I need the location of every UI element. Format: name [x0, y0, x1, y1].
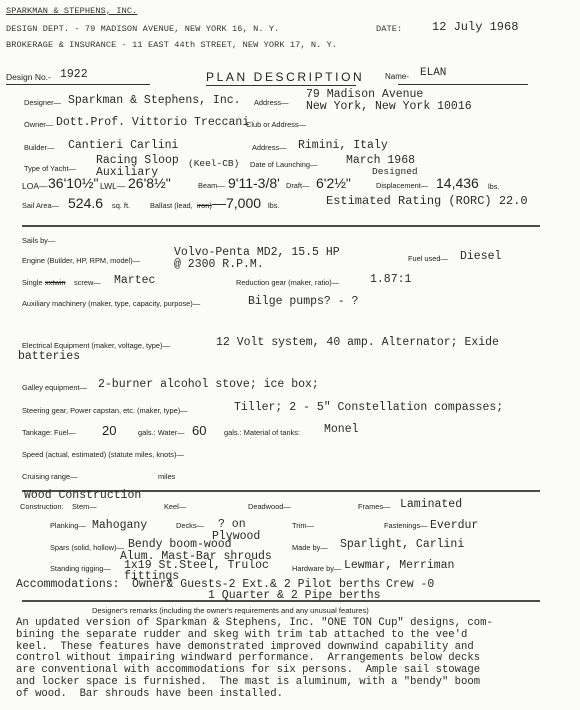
tankage-label: Tankage: Fuel—	[22, 428, 76, 437]
keel-label: Keel—	[164, 502, 186, 511]
reduction-gear-value: 1.87:1	[370, 273, 411, 286]
sail-area-label: Sail Area—	[22, 201, 59, 210]
deadwood-label: Deadwood—	[248, 502, 291, 511]
section-divider-3	[22, 600, 540, 602]
sail-area-value: 524.6	[68, 195, 103, 211]
owner-label: Owner—	[24, 120, 53, 129]
company-name: SPARKMAN & STEPHENS, INC.	[6, 6, 137, 16]
design-no-label: Design No.-	[6, 72, 51, 82]
electrical-value: 12 Volt system, 40 amp. Alternator; Exid…	[216, 336, 499, 349]
displacement-value: 14,436	[436, 175, 479, 191]
draft-label: Draft—	[286, 181, 309, 190]
water-tank-value: 60	[192, 423, 206, 438]
screw-value: Martec	[114, 274, 155, 287]
decks-label: Decks—	[176, 521, 204, 530]
construction-heading: Wood Construction	[24, 489, 141, 502]
yacht-type-extra: (Keel-CB)	[188, 158, 239, 169]
fastenings-value: Everdur	[430, 519, 478, 532]
name-underline	[398, 84, 528, 85]
sails-by-label: Sails by—	[22, 236, 55, 245]
designer-value: Sparkman & Stephens, Inc.	[68, 94, 241, 107]
construction-label: Construction:	[20, 502, 64, 511]
ballast-value: —7,000	[212, 195, 261, 211]
designer-address-label: Address—	[254, 98, 289, 107]
fuel-tank-value: 20	[102, 423, 116, 438]
date-label: DATE:	[376, 24, 402, 34]
speed-label: Speed (actual, estimated) (statute miles…	[22, 450, 184, 459]
ballast-unit: lbs.	[268, 201, 280, 210]
design-no-underline	[6, 84, 150, 85]
page-title: PLAN DESCRIPTION	[206, 70, 364, 84]
club-label: Club or Address—	[246, 120, 306, 129]
galley-label: Galley equipment—	[22, 383, 87, 392]
planking-label: Planking—	[50, 521, 86, 530]
frames-label: Frames—	[358, 502, 390, 511]
screw-struck: xxtwin	[45, 278, 66, 287]
electrical-label: Electrical Equipment (maker, voltage, ty…	[22, 341, 170, 350]
tank-material-value: Monel	[324, 423, 359, 436]
standing-rigging-label: Standing rigging—	[50, 564, 111, 573]
builder-value: Cantieri Carlini	[68, 139, 178, 152]
beam-value: 9'11-3/8'	[228, 175, 280, 191]
remarks-line: of wood. Bar shrouds have been installed…	[16, 689, 493, 701]
designer-address-line2: New York, New York 10016	[306, 100, 472, 113]
builder-address-label: Address—	[252, 143, 287, 152]
loa-label: LOA—	[22, 181, 48, 191]
screw-label: Single	[22, 278, 43, 287]
launch-date-label: Date of Launching—	[250, 160, 317, 169]
fuel-used-label: Fuel used—	[408, 254, 448, 263]
planking-value: Mahogany	[92, 519, 147, 532]
lwl-value: 26'8½"	[128, 175, 171, 191]
steering-value: Tiller; 2 - 5" Constellation compasses;	[234, 401, 503, 414]
lwl-label: LWL—	[100, 181, 125, 191]
title-underline	[206, 85, 356, 86]
tank-material-label: gals.: Material of tanks:	[224, 428, 300, 437]
galley-value: 2-burner alcohol stove; ice box;	[98, 378, 319, 391]
electrical-value-cont: batteries	[18, 350, 80, 363]
aux-machinery-label: Auxiliary machinery (maker, type, capaci…	[22, 299, 200, 308]
made-by-value: Sparlight, Carlini	[340, 538, 464, 551]
fastenings-label: Fastenings—	[384, 521, 428, 530]
sail-area-unit: sq. ft.	[112, 201, 130, 210]
design-no-value: 1922	[60, 68, 88, 81]
date-value: 12 July 1968	[432, 20, 518, 34]
frames-value: Laminated	[400, 498, 462, 511]
loa-value: 36'10½"	[48, 175, 98, 191]
estimated-rating: Estimated Rating (RORC) 22.0	[326, 194, 528, 208]
fuel-used-value: Diesel	[460, 250, 501, 263]
name-label: Name-	[385, 72, 409, 81]
yacht-type-label: Type of Yacht—	[24, 164, 76, 173]
miles-label: miles	[158, 472, 175, 481]
section-divider-1	[22, 225, 540, 227]
designer-label: Designer—	[24, 98, 61, 107]
ballast-struck: iron)	[197, 201, 212, 210]
screw-label-post: screw—	[74, 278, 101, 287]
made-by-label: Made by—	[292, 543, 328, 552]
hardware-label: Hardware by—	[292, 564, 341, 573]
trim-label: Trim—	[292, 521, 314, 530]
builder-label: Builder—	[24, 143, 54, 152]
accommodations-label: Accommodations:	[16, 578, 120, 591]
name-value: ELAN	[420, 67, 446, 79]
displacement-unit: lbs.	[488, 182, 500, 191]
reduction-gear-label: Reduction gear (maker, ratio)—	[236, 278, 339, 287]
draft-value: 6'2½"	[316, 175, 351, 191]
aux-machinery-value: Bilge pumps? - ?	[248, 295, 358, 308]
engine-value-rpm: @ 2300 R.P.M.	[174, 258, 264, 271]
water-label: gals.: Water—	[138, 428, 185, 437]
remarks-line: bining the separate rudder and skeg with…	[16, 630, 493, 642]
steering-label: Steering gear, Power capstan, etc. (make…	[22, 406, 188, 415]
remarks-line: and locker space is furnished. The mast …	[16, 677, 493, 689]
hardware-value: Lewmar, Merriman	[344, 559, 454, 572]
brokerage-address: BROKERAGE & INSURANCE - 11 EAST 44th STR…	[6, 40, 337, 50]
cruising-range-label: Cruising range—	[22, 472, 77, 481]
displacement-label: Displacement—	[376, 181, 428, 190]
engine-label: Engine (Builder, HP, RPM, model)—	[22, 256, 140, 265]
remarks-body: An updated version of Sparkman & Stephen…	[16, 618, 493, 701]
design-dept-address: DESIGN DEPT. - 79 MADISON AVENUE, NEW YO…	[6, 24, 279, 34]
designed-note: Designed	[372, 166, 418, 177]
spars-label: Spars (solid, hollow)—	[50, 543, 124, 552]
builder-address-value: Rimini, Italy	[298, 139, 388, 152]
stem-label: Stem—	[72, 502, 97, 511]
crew-value: Crew -0	[386, 578, 434, 591]
owner-value: Dott.Prof. Vittorio Treccani	[56, 116, 249, 129]
remarks-heading: Designer's remarks (including the owner'…	[92, 606, 369, 615]
ballast-label: Ballast (lead,	[150, 201, 193, 210]
beam-label: Beam—	[198, 181, 225, 190]
